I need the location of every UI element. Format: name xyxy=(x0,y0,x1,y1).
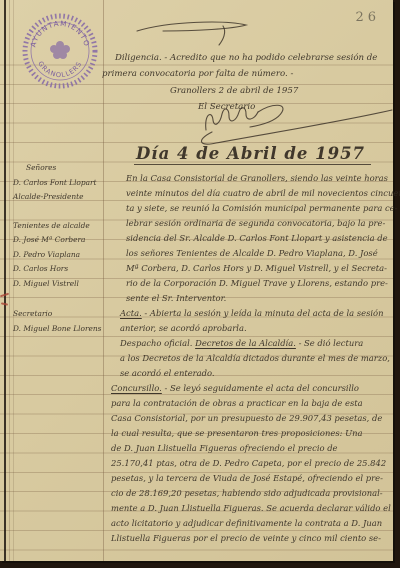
left-edge-line xyxy=(4,0,6,561)
manuscript-line: mente a D. Juan Llistuella Figueras. Se … xyxy=(111,501,394,516)
attendees-heading: Señores xyxy=(26,161,103,176)
manuscript-line: 25.170,41 ptas, otra de D. Pedro Capeta,… xyxy=(111,456,394,471)
diligencia-line: primera convocatoria por falta de número… xyxy=(102,66,394,82)
manuscript-line: Mª Corbera, D. Carlos Hors y D. Miguel V… xyxy=(126,261,394,276)
manuscript-line: sente el Sr. Interventor. xyxy=(126,291,394,306)
tenientes-heading: Tenientes de alcalde xyxy=(13,219,103,234)
manuscript-line: lebrar sesión ordinaria de segunda convo… xyxy=(126,216,394,231)
manuscript-line: de D. Juan Llistuella Figueras ofreciend… xyxy=(111,441,394,456)
manuscript-line: sidencia del Sr. Alcalde D. Carlos Font … xyxy=(126,231,394,246)
manuscript-line: Llistuella Figueras por el precio de vei… xyxy=(111,531,394,546)
manuscript-line: Casa Consistorial, por un presupuesto de… xyxy=(111,411,394,426)
manuscript-line: acto licitatorio y adjudicar definitivam… xyxy=(111,516,394,531)
attendees-margin: Señores D. Carlos Font Llopart Alcalde-P… xyxy=(13,161,103,336)
alcalde-title: Alcalde-Presidente xyxy=(13,190,103,205)
scanned-minutes-page: AYUNTAMIENTO GRANOLLERS 26 Diligencia. -… xyxy=(0,0,400,568)
teniente-name: D. Pedro Viaplana xyxy=(13,248,103,263)
manuscript-body: En la Casa Consistorial de Granollers, s… xyxy=(126,171,394,546)
diligencia-date: Granollers 2 de abril de 1957 xyxy=(170,83,394,99)
secretario-name: D. Miguel Bone Llorens xyxy=(13,322,103,337)
manuscript-line: Concursillo. - Se leyó seguidamente el a… xyxy=(111,381,394,396)
manuscript-line: ta y siete, se reunió la Comisión munici… xyxy=(126,201,394,216)
teniente-name: D. Miguel Vistrell xyxy=(13,277,103,292)
session-title: Día 4 de Abril de 1957 xyxy=(134,144,371,165)
manuscript-line: Acta. - Abierta la sesión y leída la min… xyxy=(120,306,394,321)
page-number: 26 xyxy=(355,10,380,25)
diligencia-note: Diligencia. - Acredito que no ha podido … xyxy=(102,50,394,115)
secretario-heading: Secretario xyxy=(13,307,103,322)
manuscript-line: la cual resulta, que se presentaron tres… xyxy=(111,426,394,441)
manuscript-line: los señores Tenientes de Alcalde D. Pedr… xyxy=(126,246,394,261)
signer-title: El Secretario xyxy=(198,99,394,115)
manuscript-line: para la contratación de obras a practica… xyxy=(111,396,394,411)
manuscript-line: veinte minutos del día cuatro de abril d… xyxy=(126,186,394,201)
teniente-name: D. José Mª Corbera xyxy=(13,233,103,248)
manuscript-line: a los Decretos de la Alcaldía dictados d… xyxy=(120,351,394,366)
teniente-name: D. Carlos Hors xyxy=(13,262,103,277)
diligencia-line: Diligencia. - Acredito que no ha podido … xyxy=(102,50,394,66)
manuscript-line: anterior, se acordó aprobarla. xyxy=(120,321,394,336)
manuscript-line: cio de 28.169,20 pesetas, habiendo sido … xyxy=(111,486,394,501)
manuscript-line: se acordó el enterado. xyxy=(120,366,394,381)
manuscript-line: rio de la Corporación D. Miguel Trave y … xyxy=(126,276,394,291)
alcalde-name: D. Carlos Font Llopart xyxy=(13,176,103,191)
manuscript-line: Despacho oficial. Decretos de la Alcaldí… xyxy=(120,336,394,351)
manuscript-line: En la Casa Consistorial de Granollers, s… xyxy=(126,171,394,186)
left-edge-line-2 xyxy=(9,0,10,561)
manuscript-line: pesetas, y la tercera de Viuda de José E… xyxy=(111,471,394,486)
